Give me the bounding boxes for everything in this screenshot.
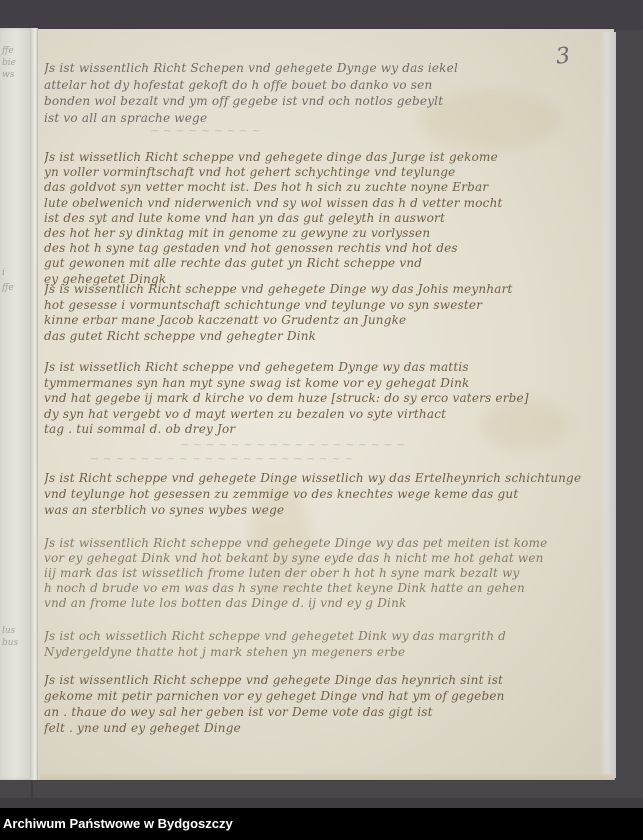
bleed-through-text: ~ ~ ~ ~ ~ ~ ~ ~ ~ [150,124,261,137]
manuscript-line: Js ist Richt scheppe vnd gehegete Dinge … [44,470,592,486]
manuscript-entry: Js ist wissentlich Richt scheppe vnd geh… [44,536,592,611]
manuscript-line: gut gewonen mit alle rechte das gutet yn… [44,256,592,271]
previous-page-strip: ffe bie ws i ffe lus bus [0,28,34,780]
manuscript-line: vnd hat gegebe ij mark d kirche vo dem h… [44,391,592,407]
manuscript-line: kinne erbar mane Jacob kaczenatt vo Grud… [44,313,592,329]
manuscript-line: des hot her sy dinktag mit in genome zu … [44,226,592,241]
manuscript-entry: Js ist wissetlich Richt scheppe vnd gehe… [44,360,592,438]
manuscript-line: gekome mit petir parnichen vor ey gehege… [44,688,592,704]
prev-page-text: ffe [2,283,14,293]
prev-page-text: bie [2,58,16,68]
manuscript-line: das goldvot syn vetter mocht ist. Des ho… [44,180,592,195]
page-bottom-edge [40,774,615,780]
prev-page-text: ws [2,70,14,80]
manuscript-line: vnd an frome lute los botten das Dinge d… [44,596,592,611]
manuscript-line: ist des syt and lute kome vnd han yn das… [44,211,592,226]
manuscript-line: lute obelwenich vnd niderwenich vnd sy w… [44,196,592,211]
manuscript-line: attelar hot dy hofestat gekoft do h offe… [44,77,592,94]
prev-page-text: i [2,268,5,278]
manuscript-line: Js ist wissentlich Richt scheppe vnd geh… [44,536,592,551]
manuscript-entry: Js ist wissentlich Richt Schepen vnd geh… [44,60,592,126]
manuscript-line: iij mark das ist wissetlich frome luten … [44,566,592,581]
manuscript-line: was an sterblich vo synes wybes wege [44,502,592,518]
prev-page-text: ffe [2,46,14,56]
manuscript-line: hot gesesse i vormuntschaft schichtunge … [44,298,592,314]
manuscript-line: tymmermanes syn han myt syne swag ist ko… [44,376,592,392]
bleed-through-text: ~ ~ ~ ~ ~ ~ ~ ~ ~ ~ ~ ~ ~ ~ ~ ~ ~ ~ [180,438,405,451]
manuscript-line: yn voller vorminftschaft vnd hot gehert … [44,165,592,180]
manuscript-line: tag . tui sommal d. ob drey Jor [44,422,592,438]
manuscript-line: bonden wol bezalt vnd ym off gegebe ist … [44,93,592,110]
manuscript-line: h noch d brude vo em was das h syne rech… [44,581,592,596]
viewer-background [0,798,643,808]
archive-name: Archiwum Państwowe w Bydgoszczy [3,816,233,831]
manuscript-line: Js ist wissentlich Richt scheppe vnd geh… [44,672,592,688]
manuscript-line: Js ist wissetlich Richt scheppe vnd gehe… [44,360,592,376]
manuscript-line: an . thaue do wey sal her geben ist vor … [44,704,592,720]
manuscript-line: Js ist wissetlich Richt scheppe vnd gehe… [44,150,592,165]
prev-page-text: bus [2,638,18,648]
manuscript-line: Js ist wissentlich Richt Schepen vnd geh… [44,60,592,77]
manuscript-line: Nydergeldyne thatte hot j mark stehen yn… [44,644,592,660]
manuscript-line: vnd teylunge hot gesessen zu zemmige vo … [44,486,592,502]
viewer-background [0,0,643,30]
manuscript-entry: Js ist wissetlich Richt scheppe vnd gehe… [44,150,592,287]
manuscript-line: felt . yne und ey geheget Dinge [44,720,592,736]
manuscript-entry: Js ist wissentlich Richt scheppe vnd geh… [44,672,592,736]
page-fold [30,28,38,780]
manuscript-line: Js ist och wissetlich Richt scheppe vnd … [44,628,592,644]
manuscript-line: das gutet Richt scheppe vnd gehegter Din… [44,329,592,345]
manuscript-line: ist vo all an sprache wege [44,110,592,127]
prev-page-text: lus [2,626,15,636]
manuscript-line: vor ey gehegat Dink vnd hot bekant by sy… [44,551,592,566]
manuscript-entry: Js is wissentlich Richt scheppe vnd gehe… [44,282,592,344]
footer-bar: Archiwum Państwowe w Bydgoszczy [0,808,643,840]
manuscript-line: des hot h syne tag gestaden vnd hot geno… [44,241,592,256]
bleed-through-text: ~ ~ ~ ~ ~ ~ ~ ~ ~ ~ ~ ~ ~ ~ ~ ~ ~ ~ ~ ~ … [90,452,353,465]
document-viewer: ffe bie ws i ffe lus bus 3 Js ist wissen… [0,0,643,840]
manuscript-entry: Js ist och wissetlich Richt scheppe vnd … [44,628,592,660]
page-edge [600,32,616,778]
manuscript-entry: Js ist Richt scheppe vnd gehegete Dinge … [44,470,592,518]
manuscript-line: dy syn hat vergebt vo d mayt werten zu b… [44,407,592,423]
manuscript-line: Js is wissentlich Richt scheppe vnd gehe… [44,282,592,298]
